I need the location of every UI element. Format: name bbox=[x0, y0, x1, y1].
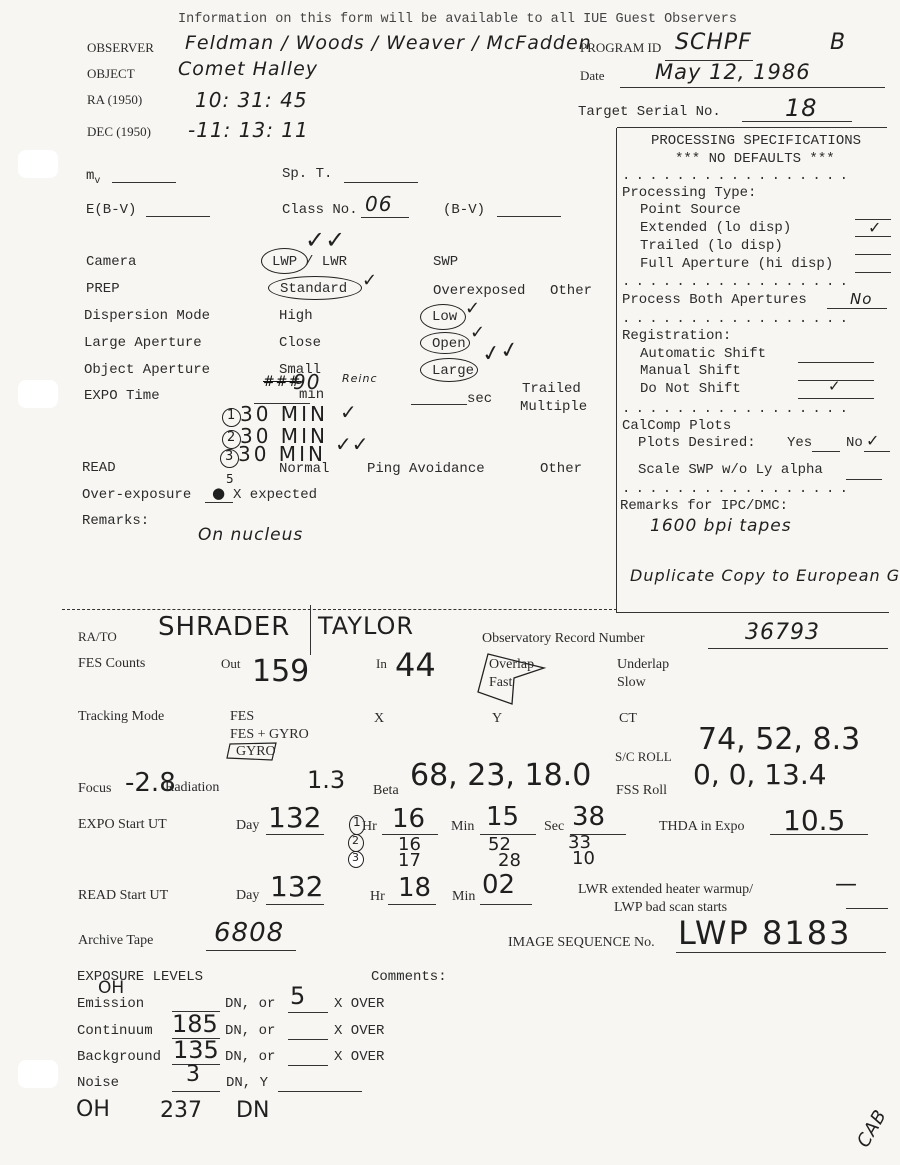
tracking-ct: CT bbox=[619, 711, 637, 727]
spt-label: Sp. T. bbox=[282, 166, 332, 182]
ipc-remark-1[interactable]: 1600 bpi tapes bbox=[650, 516, 792, 536]
punch-hole bbox=[18, 380, 58, 408]
expo-min-3[interactable]: 28 bbox=[498, 850, 521, 871]
noise-dn-value[interactable]: 3 bbox=[186, 1062, 200, 1087]
ipc-remarks-label: Remarks for IPC/DMC: bbox=[620, 498, 788, 514]
ra-to-value[interactable]: SHRADER bbox=[158, 612, 290, 642]
background-dn-label: DN, or bbox=[225, 1049, 275, 1065]
type-extended: Extended (lo disp) bbox=[640, 220, 791, 236]
camera-lwr[interactable]: / LWR bbox=[305, 254, 347, 270]
prep-overexposed[interactable]: Overexposed bbox=[433, 283, 525, 299]
plots-no: No bbox=[846, 435, 863, 451]
focus-label: Focus bbox=[78, 781, 111, 797]
exposure-1[interactable]: 30 MIN bbox=[240, 402, 328, 426]
fes-counts-label: FES Counts bbox=[78, 656, 145, 672]
expo-multiple[interactable]: Multiple bbox=[520, 399, 587, 415]
exposure-levels-label: EXPOSURE LEVELS bbox=[77, 969, 203, 985]
header-note: Information on this form will be availab… bbox=[178, 12, 737, 27]
sc-roll-value[interactable]: 74, 52, 8.3 bbox=[698, 722, 860, 757]
fss-roll-value[interactable]: 0, 0, 13.4 bbox=[693, 758, 827, 791]
check-mark-icon: ✓ bbox=[340, 400, 357, 424]
radiation-value[interactable]: 1.3 bbox=[307, 766, 345, 794]
prep-other[interactable]: Other bbox=[550, 283, 592, 299]
ra-value[interactable]: 10: 31: 45 bbox=[195, 88, 308, 112]
registration-label: Registration: bbox=[622, 328, 731, 344]
selection-circle bbox=[420, 358, 478, 382]
selection-circle bbox=[420, 332, 470, 354]
plots-yes: Yes bbox=[787, 435, 812, 451]
read-normal[interactable]: Normal bbox=[279, 461, 329, 477]
expo-min-label: Min bbox=[451, 819, 474, 835]
continuum-over-label: X OVER bbox=[334, 1023, 384, 1039]
fes-out-value[interactable]: 159 bbox=[252, 654, 309, 689]
ebv-label: E(B-V) bbox=[86, 202, 136, 218]
expo-hr-3[interactable]: 17 bbox=[398, 850, 421, 871]
dotted-separator: ................. bbox=[622, 311, 853, 327]
expo-sec-label: Sec bbox=[544, 819, 564, 835]
fes-out-label: Out bbox=[221, 656, 241, 672]
footer-note-unit: DN bbox=[236, 1098, 269, 1123]
dotted-separator: ................. bbox=[622, 274, 853, 290]
observer-label: OBSERVER bbox=[87, 40, 154, 56]
target-serial-value[interactable]: 18 bbox=[785, 94, 818, 122]
tracking-fes[interactable]: FES bbox=[230, 709, 254, 725]
expo-day-label: Day bbox=[236, 818, 259, 834]
expo-min-unit: min bbox=[299, 387, 324, 403]
expo-hr-1[interactable]: 16 bbox=[392, 804, 425, 834]
emission-dn-label: DN, or bbox=[225, 996, 275, 1012]
ra-label: RA (1950) bbox=[87, 92, 142, 108]
scale-swp-label: Scale SWP w/o Ly alpha bbox=[638, 462, 823, 478]
selection-circle bbox=[268, 276, 362, 300]
tracking-label: Tracking Mode bbox=[78, 709, 164, 725]
read-start-label: READ Start UT bbox=[78, 888, 168, 904]
reg-do-not-shift: Do Not Shift bbox=[640, 381, 741, 397]
remarks-value[interactable]: On nucleus bbox=[198, 525, 303, 545]
check-mark-icon: ✓ bbox=[470, 322, 485, 343]
expo-min-1[interactable]: 15 bbox=[486, 802, 519, 832]
expo-sec-3[interactable]: 10 bbox=[572, 848, 595, 869]
program-id-label: PROGRAM ID bbox=[580, 40, 661, 56]
calcomp-label: CalComp Plots bbox=[622, 418, 731, 434]
image-seq-label: IMAGE SEQUENCE No. bbox=[508, 935, 655, 951]
continuum-label: Continuum bbox=[77, 1023, 153, 1039]
selection-shape bbox=[474, 648, 584, 708]
program-id-suffix: B bbox=[830, 30, 846, 55]
image-seq-value[interactable]: LWP 8183 bbox=[678, 914, 851, 952]
dispersion-label: Dispersion Mode bbox=[84, 308, 210, 324]
ipc-remark-2[interactable]: Duplicate Copy to European G bbox=[630, 566, 900, 585]
section-divider bbox=[62, 609, 617, 610]
footer-note-value: 237 bbox=[160, 1098, 202, 1123]
over-exposure-suffix: X expected bbox=[233, 487, 317, 503]
punch-hole bbox=[18, 1060, 58, 1088]
remarks-label: Remarks: bbox=[82, 513, 149, 529]
background-over-label: X OVER bbox=[334, 1049, 384, 1065]
expo-hr-label: Hr bbox=[362, 819, 377, 835]
read-hr-value[interactable]: 18 bbox=[398, 873, 431, 903]
lwr-heater-label: LWR extended heater warmup/ bbox=[578, 882, 753, 898]
read-min-label: Min bbox=[452, 889, 475, 905]
selection-shape bbox=[224, 740, 284, 770]
camera-label: Camera bbox=[86, 254, 136, 270]
plots-no-check[interactable]: ✓ bbox=[866, 431, 879, 450]
read-day-label: Day bbox=[236, 888, 259, 904]
reg-do-not-shift-check[interactable]: ✓ bbox=[828, 377, 841, 395]
emission-note: OH bbox=[98, 978, 124, 998]
camera-swp[interactable]: SWP bbox=[433, 254, 458, 270]
processing-box-border bbox=[616, 128, 617, 613]
fes-underlap[interactable]: Underlap bbox=[617, 657, 669, 673]
read-min-value[interactable]: 02 bbox=[482, 870, 515, 900]
radiation-label: Radiation bbox=[165, 780, 219, 796]
date-label: Date bbox=[580, 68, 605, 84]
thda-label: THDA in Expo bbox=[659, 819, 745, 835]
expo-time-label: EXPO Time bbox=[84, 388, 160, 404]
continuum-dn-value[interactable]: 185 bbox=[172, 1010, 218, 1038]
sc-roll-label: S/C ROLL bbox=[615, 749, 672, 765]
fes-in-label: In bbox=[376, 656, 387, 672]
expo-min-note: Reinc bbox=[342, 372, 378, 385]
check-mark-icon: ✓ bbox=[362, 270, 377, 291]
tracking-x: X bbox=[374, 711, 384, 727]
ra-to-label: RA/TO bbox=[78, 629, 117, 645]
read-ping-avoidance[interactable]: Ping Avoidance bbox=[367, 461, 485, 477]
dotted-separator: ................. bbox=[622, 168, 853, 184]
prep-label: PREP bbox=[86, 281, 120, 297]
beta-value[interactable]: 68, 23, 18.0 bbox=[410, 758, 591, 793]
thda-value[interactable]: 10.5 bbox=[783, 804, 845, 837]
check-mark-icon: ✓✓ bbox=[305, 226, 345, 254]
program-id-value[interactable]: SCHPF bbox=[675, 30, 752, 55]
dec-label: DEC (1950) bbox=[87, 124, 151, 140]
plots-desired-label: Plots Desired: bbox=[638, 435, 756, 451]
expo-start-label: EXPO Start UT bbox=[78, 817, 167, 833]
noise-label: Noise bbox=[77, 1075, 119, 1091]
noise-dn-label: DN, Y bbox=[226, 1075, 268, 1091]
dec-value[interactable]: -11: 13: 11 bbox=[188, 118, 309, 142]
type-point-source: Point Source bbox=[640, 202, 741, 218]
punch-hole bbox=[18, 150, 58, 178]
fes-in-value[interactable]: 44 bbox=[395, 646, 436, 684]
obs-record-value[interactable]: 36793 bbox=[745, 620, 820, 645]
background-label: Background bbox=[77, 1049, 161, 1065]
fes-slow[interactable]: Slow bbox=[617, 675, 646, 691]
selection-circle bbox=[420, 304, 466, 330]
emission-over-label: X OVER bbox=[334, 996, 384, 1012]
both-apertures-value[interactable]: No bbox=[850, 290, 872, 308]
check-mark-icon: ✓✓ bbox=[335, 432, 369, 456]
processing-title: PROCESSING SPECIFICATIONS bbox=[651, 133, 861, 149]
class-no-label: Class No. bbox=[282, 202, 358, 218]
date-value[interactable]: May 12, 1986 bbox=[655, 60, 811, 84]
archive-tape-value[interactable]: 6808 bbox=[214, 918, 284, 948]
expo-sec-unit: sec bbox=[467, 391, 492, 407]
check-mark-icon: ✓ bbox=[465, 298, 480, 319]
reg-auto-shift: Automatic Shift bbox=[640, 346, 766, 362]
ra-to-value-2[interactable]: TAYLOR bbox=[318, 612, 414, 640]
footer-note-oh: OH bbox=[76, 1097, 110, 1122]
class-no-value[interactable]: 06 bbox=[365, 192, 392, 216]
type-extended-check[interactable]: ✓ bbox=[868, 218, 881, 237]
comments-label: Comments: bbox=[371, 969, 447, 985]
read-label: READ bbox=[82, 460, 116, 476]
both-apertures-label: Process Both Apertures bbox=[622, 292, 807, 308]
check-mark-icon: ✓✓ bbox=[480, 337, 521, 368]
type-full-aperture: Full Aperture (hi disp) bbox=[640, 256, 833, 272]
reg-manual-shift: Manual Shift bbox=[640, 363, 741, 379]
object-aperture-label: Object Aperture bbox=[84, 362, 210, 378]
observer-value[interactable]: Feldman / Woods / Weaver / McFadden bbox=[185, 32, 592, 54]
processing-subtitle: *** NO DEFAULTS *** bbox=[675, 151, 835, 167]
obs-record-label: Observatory Record Number bbox=[482, 631, 645, 647]
dotted-separator: ................. bbox=[622, 401, 853, 417]
expo-trailed[interactable]: Trailed bbox=[522, 381, 581, 397]
fss-roll-label: FSS Roll bbox=[616, 783, 667, 799]
continuum-dn-label: DN, or bbox=[225, 1023, 275, 1039]
tracking-y: Y bbox=[492, 711, 502, 727]
archive-tape-label: Archive Tape bbox=[78, 933, 153, 949]
over-exposure-label: Over-exposure bbox=[82, 487, 191, 503]
large-aperture-label: Large Aperture bbox=[84, 335, 202, 351]
object-label: OBJECT bbox=[87, 66, 135, 82]
expo-sec-1[interactable]: 38 bbox=[572, 802, 605, 832]
processing-type-label: Processing Type: bbox=[622, 185, 756, 201]
initials: CAB bbox=[853, 1106, 891, 1151]
target-serial-label: Target Serial No. bbox=[578, 104, 721, 120]
dotted-separator: ................. bbox=[622, 481, 853, 497]
over-exposure-value[interactable]: ● bbox=[212, 484, 225, 502]
object-value[interactable]: Comet Halley bbox=[178, 58, 318, 80]
beta-label: Beta bbox=[373, 783, 399, 799]
type-trailed: Trailed (lo disp) bbox=[640, 238, 783, 254]
bv-label: (B-V) bbox=[443, 202, 485, 218]
emission-label: Emission bbox=[77, 996, 144, 1012]
read-hr-label: Hr bbox=[370, 889, 385, 905]
mv-label: mv bbox=[86, 168, 100, 187]
read-other[interactable]: Other bbox=[540, 461, 582, 477]
divider-stroke bbox=[310, 605, 311, 655]
read-day-value[interactable]: 132 bbox=[270, 870, 323, 903]
dispersion-high[interactable]: High bbox=[279, 308, 313, 324]
expo-day-value[interactable]: 132 bbox=[268, 801, 321, 834]
aperture-close[interactable]: Close bbox=[279, 335, 321, 351]
selection-circle bbox=[261, 248, 308, 274]
background-dn-value[interactable]: 135 bbox=[173, 1036, 219, 1064]
emission-over-value[interactable]: 5 bbox=[290, 982, 305, 1010]
lwr-heater-value[interactable]: — bbox=[835, 872, 857, 897]
